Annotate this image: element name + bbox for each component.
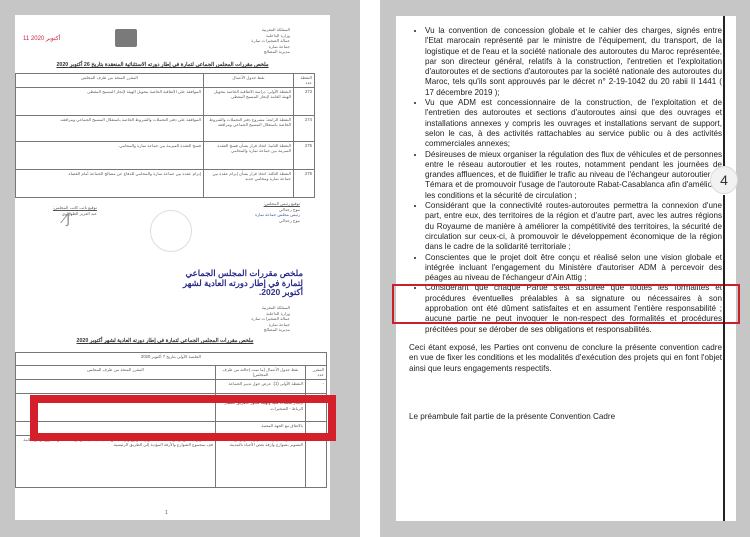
royal-emblem-icon xyxy=(115,29,137,47)
page-number: 1 xyxy=(165,510,168,516)
minutes-title-2: ملخص مقررات المجلس الجماعي لتمارة في إطا… xyxy=(45,338,285,344)
institution-header-2: المملكة المغربية وزارة الداخلية عمالة ال… xyxy=(230,305,290,333)
right-scan-panel: Vu la convention de concession globale e… xyxy=(380,0,750,537)
page-tab-badge: 4 xyxy=(710,166,738,194)
table-row: 303 النقطة الرابعة (4): اتخاذ قرار بشأن … xyxy=(16,435,327,487)
preamble-note: Le préambule fait partie de la présente … xyxy=(409,412,722,422)
table-row: - النقطة الأولى (1): عرض حول تدبير الجما… xyxy=(16,379,327,393)
preamble-item: Considérant que la connectivité routes-a… xyxy=(425,201,722,252)
session-row: الجلسة الأولى بتاريخ 7 أكتوبر 2020 xyxy=(16,353,327,366)
minutes-title: ملخص مقررات المجلس الجماعي لتمارة في إطا… xyxy=(55,62,270,68)
table-header-row: المقرر عدد نقط جدول الأعمال (ما تمت إحال… xyxy=(16,366,327,380)
arabic-minutes-page: 11 أكتوبر 2020 المملكة المغربية وزارة ال… xyxy=(15,15,330,520)
deputy-signature-block: توقيع نائب كاتب المجلس: عبد العزيز الظهر… xyxy=(37,205,97,222)
table-row: 276 النقطة الثالثة: اتخاذ قرار بشأن إبرا… xyxy=(16,169,315,197)
institution-header: المملكة المغربية وزارة الداخلية عمالة ال… xyxy=(230,27,290,55)
signature-scribble: ∫∕ xyxy=(37,216,97,222)
convention-page: Vu la convention de concession globale e… xyxy=(396,16,736,521)
table-row: 273 النقطة الأولى: دراسة الاتفاقية الخاص… xyxy=(16,87,315,115)
decisions-table-1: النقطة عدد نقط جدول الأعمال المقرر المتخ… xyxy=(15,73,315,198)
preamble-item: Vu la convention de concession globale e… xyxy=(425,26,722,98)
official-seal xyxy=(150,210,192,252)
table-header-row: النقطة عدد نقط جدول الأعمال المقرر المتخ… xyxy=(16,74,315,88)
preamble-item-highlighted: Conscientes que le projet doit être conç… xyxy=(425,253,722,284)
closing-paragraph: Ceci étant exposé, les Parties ont conve… xyxy=(409,343,722,374)
highlight-box-french xyxy=(392,284,740,324)
highlight-box-arabic xyxy=(30,395,336,441)
table-row: 274 النقطة الرابعة: مشروع دفتر التحملات … xyxy=(16,115,315,141)
binding-rule-top xyxy=(723,16,725,166)
date-stamp: 11 أكتوبر 2020 xyxy=(23,35,60,42)
panel-gap xyxy=(360,0,380,537)
blue-caption: ملخص مقررات المجلس الجماعي لتمارة في إطا… xyxy=(165,269,303,298)
convention-text: Vu la convention de concession globale e… xyxy=(409,26,722,422)
left-scan-panel: 11 أكتوبر 2020 المملكة المغربية وزارة ال… xyxy=(0,0,360,537)
preamble-item: Désireuses de mieux organiser la régulat… xyxy=(425,150,722,201)
binding-rule-bottom xyxy=(723,195,725,521)
president-signature-block: توقيع رئيس المجلس: موح رجدالي رئيس مجلس … xyxy=(240,201,300,223)
table-row: 275 النقطة الثانية: اتخاذ قرار بشأن فسخ … xyxy=(16,141,315,169)
preamble-item: Vu que ADM est concessionnaire de la con… xyxy=(425,98,722,149)
